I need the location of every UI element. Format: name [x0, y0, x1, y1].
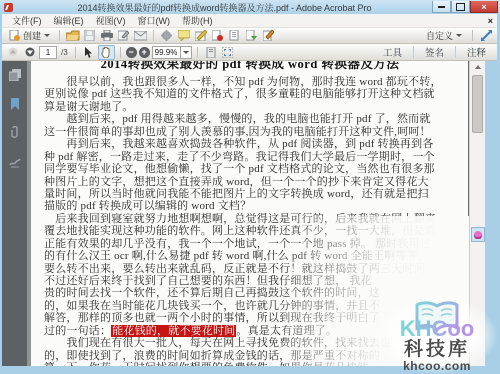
menu-item-0[interactable]: 文件(F)	[6, 16, 48, 26]
doc-line: 更别说像 pdf 这些我不知道的文件格式了，很多童鞋的电脑能够打开这种文档就	[44, 88, 456, 100]
panel-tab-1[interactable]: 签名	[417, 44, 452, 60]
print-button[interactable]	[99, 29, 114, 42]
divider	[153, 30, 154, 41]
watermark-logo-text: KHCoo	[400, 318, 475, 340]
acrobat-window: 2014转换效果最好的pdf转换成word转换器及方法.pdf - Adobe …	[0, 0, 500, 374]
highlighted-text: 能花钱的，就不要花时间	[111, 325, 236, 337]
compose-icon	[118, 30, 129, 41]
page-thumbnails-icon[interactable]	[9, 68, 21, 86]
export-green-icon	[246, 30, 257, 41]
maximize-button[interactable]	[451, 1, 470, 13]
preferences-button[interactable]	[159, 29, 174, 42]
expand-icon	[481, 30, 492, 41]
zoom-level-select[interactable]: 99.9%	[152, 46, 193, 59]
acrobat-app-icon	[4, 3, 13, 12]
doc-line: 再到后来，我越来越喜欢捣鼓各种软件，从 pdf 阅读器，到 pdf 转换再到各	[44, 138, 456, 150]
watermark: KHCoo 科技库 khcoo.com	[376, 297, 498, 374]
window-title: 2014转换效果最好的pdf转换成word转换器及方法.pdf - Adobe …	[17, 1, 432, 14]
scroll-up-button[interactable]	[470, 61, 485, 73]
zoom-out-button[interactable]: −	[126, 47, 137, 58]
customize-label: 自定义	[426, 29, 453, 42]
scrolling-mode-button[interactable]	[203, 46, 218, 59]
compose-button[interactable]	[116, 29, 131, 42]
create-caret-icon	[44, 34, 50, 37]
close-button[interactable]: ×	[470, 1, 498, 13]
comment-button[interactable]	[176, 29, 191, 42]
gear-icon	[161, 30, 172, 41]
doc-line: 种图片上的文字，想把这个直接弄成 word，但一个一个的抄下来肯定又得花大	[44, 176, 456, 188]
arrow-down-icon	[25, 47, 35, 57]
email-button[interactable]	[133, 29, 148, 42]
open-button[interactable]	[65, 29, 80, 42]
watermark-site: khcoo.com	[403, 360, 471, 373]
maximize-icon	[456, 3, 465, 11]
hand-tool-button[interactable]	[98, 45, 115, 60]
bookmarks-icon[interactable]	[10, 97, 20, 115]
annotation-marker-icon	[474, 231, 482, 239]
comment-bubble-icon	[178, 30, 190, 41]
customize-caret-icon	[456, 34, 462, 37]
sign-button[interactable]	[193, 29, 208, 42]
edit-page-button[interactable]	[261, 29, 276, 42]
select-tool-button[interactable]	[81, 46, 96, 59]
panel-tab-2[interactable]: 注释	[459, 44, 494, 60]
menu-item-3[interactable]: 窗口(W)	[132, 16, 177, 26]
sign-stamp-icon	[195, 30, 207, 41]
create-button[interactable]: 创建	[5, 29, 54, 42]
attachments-icon[interactable]	[10, 126, 20, 144]
save-button[interactable]	[82, 29, 97, 42]
divider	[75, 47, 76, 58]
divider	[472, 30, 473, 41]
menu-item-2[interactable]: 视图(V)	[90, 16, 132, 26]
scrollbar-thumb[interactable]	[472, 75, 483, 133]
doc-line: 很早以前，我也跟很多人一样，不知 pdf 为何物，那时我连 word 都玩不转，	[44, 76, 456, 88]
save-icon	[84, 30, 95, 41]
doc-line: 种 pdf 解密，一路走过来，走了不少弯路。我记得我们大学最后一学期时，一个	[44, 151, 456, 163]
pdf-tools-button[interactable]	[210, 29, 225, 42]
page-view-icon	[206, 47, 216, 58]
arrow-up-icon	[8, 47, 18, 57]
previous-page-button[interactable]	[5, 46, 20, 59]
doc-text-segment: 过的一句话：	[44, 325, 111, 337]
doc-line: 量时间，所以当时他就问我能不能把图片上的文字转换成 word，还有就是把扫	[44, 188, 456, 200]
fit-window-button[interactable]	[220, 46, 235, 59]
divider	[120, 47, 121, 58]
divider	[197, 47, 198, 58]
zoom-in-button[interactable]: +	[139, 47, 150, 58]
nav-toolbar: 1 /3 − + 99.9% 工具签名注释	[2, 44, 497, 61]
fullscreen-button[interactable]	[479, 29, 494, 42]
menu-item-1[interactable]: 编辑(E)	[48, 16, 90, 26]
open-folder-icon	[66, 30, 80, 41]
page-total-label: /3	[61, 48, 68, 57]
doc-line: 这一件很简单的事却也成了别人羡慕的事,因为我的电脑能打开这种文件,呵呵！	[44, 126, 456, 138]
doc-line: 同学要写毕业论文，他想偷懒，找了一个 pdf 文档格式的论文，当然也有很多那	[44, 163, 456, 175]
page-number-input[interactable]: 1	[39, 46, 57, 59]
create-icon	[9, 30, 20, 41]
scroll-up-icon	[475, 65, 481, 69]
four-arrows-icon	[222, 47, 233, 58]
print-icon	[101, 30, 113, 41]
cursor-icon	[84, 47, 93, 58]
email-icon	[134, 31, 147, 41]
close-document-icon[interactable]: ×	[488, 16, 493, 26]
menubar: 文件(F)编辑(E)视图(V)窗口(W)帮助(H) ×	[2, 14, 497, 28]
doc-line: 描版的 pdf 转换成可以编辑的 word 文档？	[44, 200, 456, 212]
attach-doc-button[interactable]	[227, 29, 242, 42]
divider	[413, 46, 414, 58]
hand-icon	[101, 47, 111, 58]
zoom-caret-icon	[180, 47, 189, 58]
close-icon: ×	[481, 2, 486, 12]
document-heading: 2014转换效果最好的 pdf 转换成 word 转换器及方法	[44, 61, 456, 72]
divider	[59, 30, 60, 41]
create-label: 创建	[23, 29, 41, 42]
customize-button[interactable]: 自定义	[422, 29, 466, 42]
main-toolbar: 创建 自定义	[2, 28, 497, 44]
next-page-button[interactable]	[22, 46, 37, 59]
doc-line: 越到后来，pdf 用得越来越多，慢慢的，我的电脑也能打开 pdf 了，然而就	[44, 113, 456, 125]
zoom-level-value: 99.9%	[155, 48, 178, 57]
titlebar: 2014转换效果最好的pdf转换成word转换器及方法.pdf - Adobe …	[0, 0, 500, 14]
pdf-red-icon	[212, 30, 223, 41]
minimize-icon	[438, 6, 445, 8]
export-button[interactable]	[244, 29, 259, 42]
pdf-gray-icon	[229, 30, 240, 41]
panel-tab-0[interactable]: 工具	[375, 44, 410, 60]
navigation-pane	[2, 61, 27, 366]
signatures-icon[interactable]	[9, 155, 21, 173]
minimize-button[interactable]	[432, 1, 451, 13]
divider	[455, 46, 456, 58]
doc-line: 算是谢天谢地了。	[44, 101, 456, 113]
watermark-brand: 科技库	[404, 340, 470, 360]
edit-doc-icon	[263, 30, 274, 41]
annotation-marker[interactable]	[471, 227, 485, 242]
menu-item-4[interactable]: 帮助(H)	[176, 16, 219, 26]
